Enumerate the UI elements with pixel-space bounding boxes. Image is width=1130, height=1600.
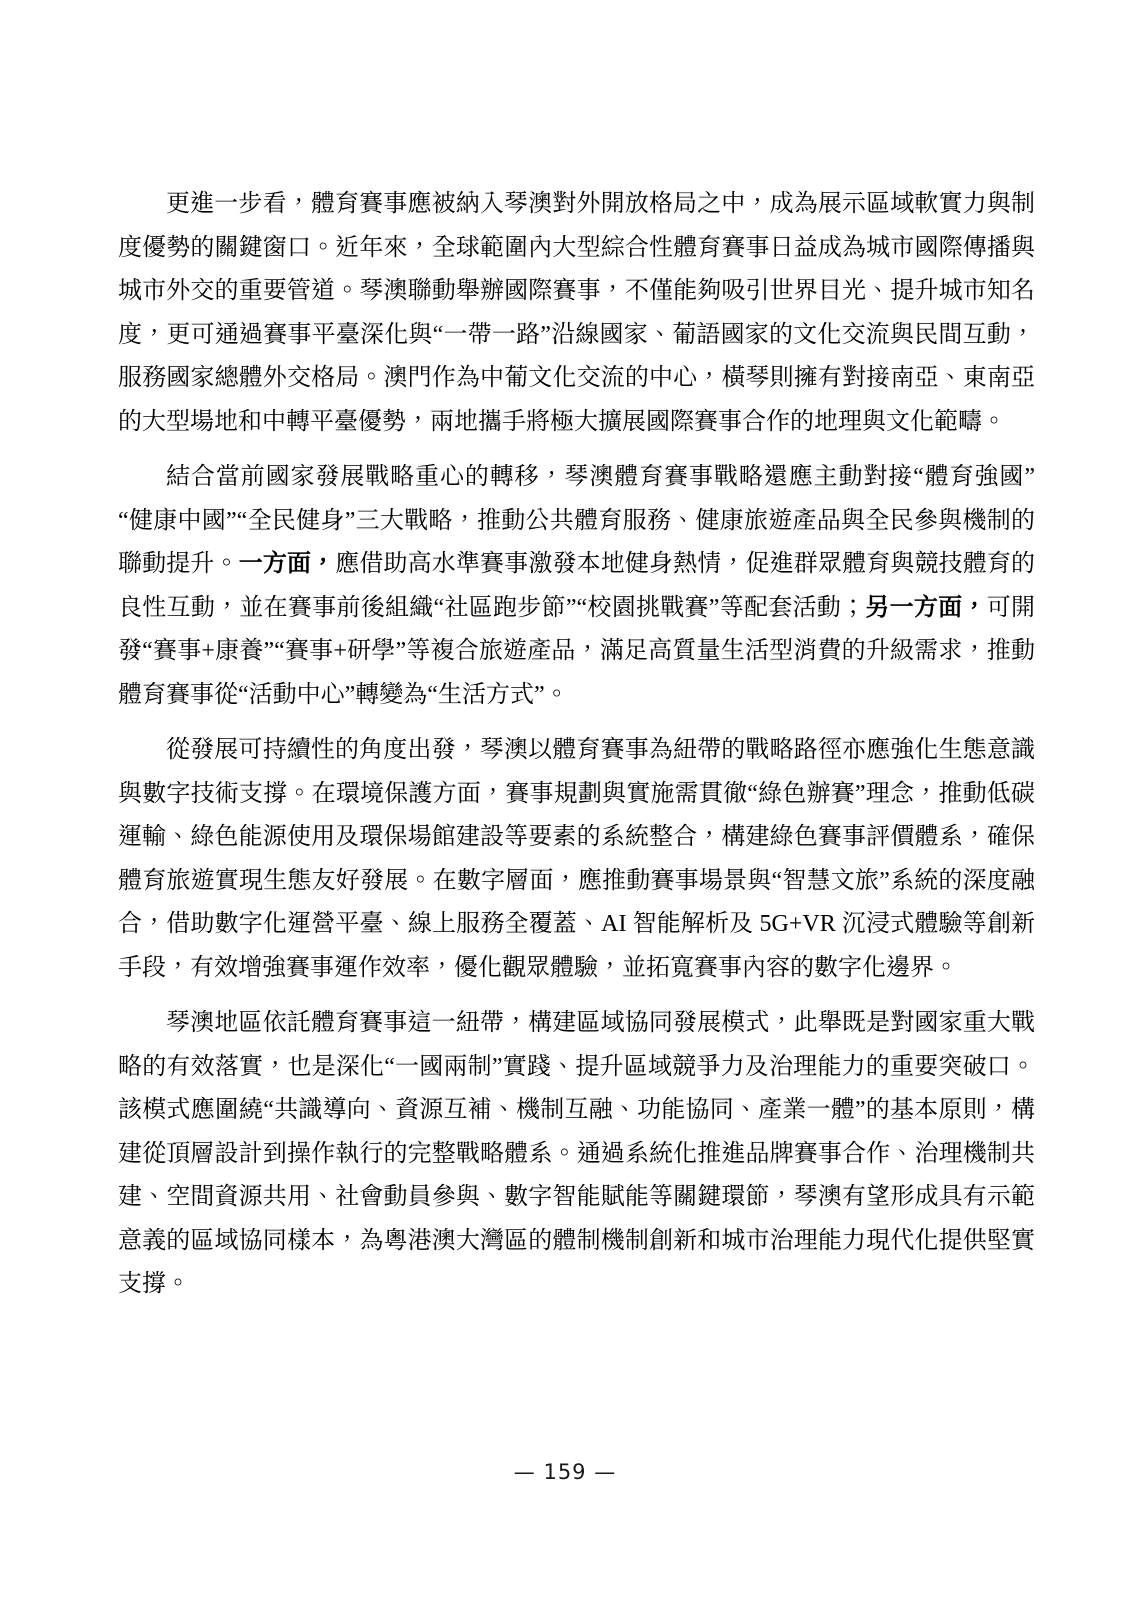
paragraph-1: 更進一步看，體育賽事應被納入琴澳對外開放格局之中，成為展示區域軟實力與制度優勢的… <box>118 183 1035 444</box>
document-page: 更進一步看，體育賽事應被納入琴澳對外開放格局之中，成為展示區域軟實力與制度優勢的… <box>0 0 1130 1600</box>
page-number: — 159 — <box>514 1460 616 1484</box>
paragraph-2-bold-other-aspect: 另一方面， <box>865 595 987 621</box>
paragraph-3-text: 從發展可持續性的角度出發，琴澳以體育賽事為紐帶的戰略路徑亦應強化生態意識與數字技… <box>118 737 1035 981</box>
paragraph-3: 從發展可持續性的角度出發，琴澳以體育賽事為紐帶的戰略路徑亦應強化生態意識與數字技… <box>118 729 1035 990</box>
page-footer: — 159 — <box>0 1460 1130 1484</box>
paragraph-4-text: 琴澳地區依託體育賽事這一紐帶，構建區域協同發展模式，此舉既是對國家重大戰略的有效… <box>118 1010 1035 1297</box>
paragraph-1-text: 更進一步看，體育賽事應被納入琴澳對外開放格局之中，成為展示區域軟實力與制度優勢的… <box>118 191 1035 435</box>
paragraph-2: 結合當前國家發展戰略重心的轉移，琴澳體育賽事戰略還應主動對接“體育強國”“健康中… <box>118 456 1035 717</box>
paragraph-2-bold-one-aspect: 一方面， <box>239 551 336 577</box>
page-body-text: 更進一步看，體育賽事應被納入琴澳對外開放格局之中，成為展示區域軟實力與制度優勢的… <box>118 183 1035 1319</box>
paragraph-4: 琴澳地區依託體育賽事這一紐帶，構建區域協同發展模式，此舉既是對國家重大戰略的有效… <box>118 1002 1035 1307</box>
